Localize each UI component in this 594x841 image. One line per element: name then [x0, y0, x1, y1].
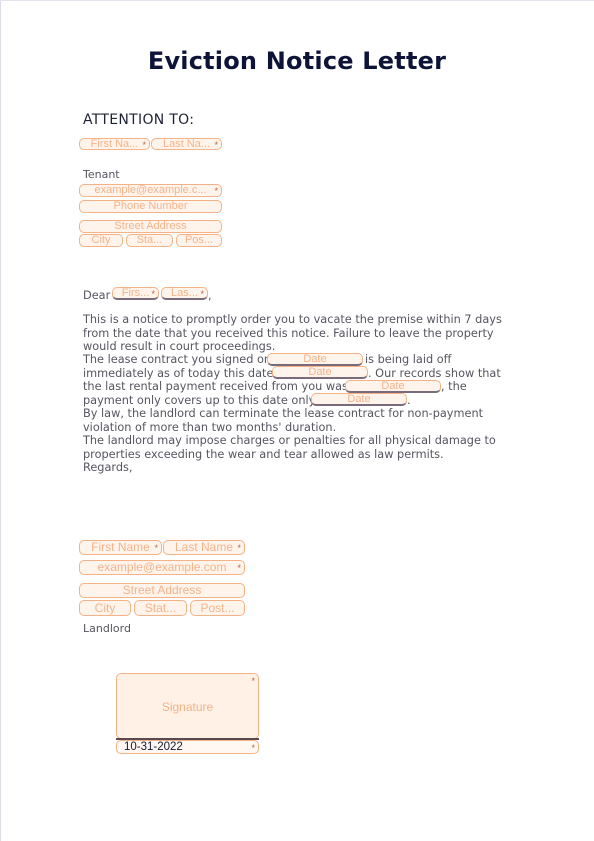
- placeholder: City: [95, 601, 116, 615]
- required-icon: *: [237, 562, 241, 575]
- tenant-city-field[interactable]: City: [79, 234, 123, 247]
- signature-date-field[interactable]: 10-31-2022 *: [116, 740, 259, 754]
- tenant-postal-field[interactable]: Pos...: [176, 234, 222, 247]
- placeholder: Street Address: [114, 221, 186, 232]
- signature-placeholder: Signature: [162, 700, 213, 714]
- covers-line-prefix: payment only covers up to this date only: [83, 394, 315, 407]
- tenant-first-name-field[interactable]: First Na... *: [79, 138, 150, 150]
- placeholder: Las...: [171, 288, 198, 299]
- tenant-phone-field[interactable]: Phone Number: [79, 200, 222, 213]
- salutation-text: Dear: [83, 289, 110, 302]
- damage-paragraph: The landlord may impose charges or penal…: [83, 434, 503, 461]
- covers-until-date-field[interactable]: Date: [311, 393, 407, 406]
- required-icon: *: [142, 140, 146, 150]
- placeholder: First Na...: [91, 139, 139, 150]
- required-icon: *: [200, 289, 204, 300]
- tenant-state-field[interactable]: Sta...: [126, 234, 173, 247]
- placeholder: Phone Number: [114, 201, 188, 212]
- landlord-postal-field[interactable]: Post...: [190, 600, 245, 616]
- landlord-label: Landlord: [83, 622, 131, 635]
- covers-line-suffix: .: [407, 394, 411, 407]
- last-payment-line-suffix: , the: [441, 380, 467, 393]
- placeholder: First Name: [91, 541, 150, 554]
- placeholder: Last Name: [175, 541, 233, 554]
- signed-line-suffix: is being laid off: [365, 353, 451, 366]
- today-date-field[interactable]: Date: [272, 366, 368, 379]
- placeholder: Firs...: [122, 288, 150, 299]
- today-line-suffix: . Our records show that: [368, 367, 501, 380]
- closing: Regards,: [83, 461, 132, 474]
- required-icon: *: [151, 289, 155, 300]
- landlord-first-name-field[interactable]: First Name *: [79, 540, 162, 555]
- attention-label: ATTENTION TO:: [83, 112, 194, 128]
- last-payment-line-prefix: the last rental payment received from yo…: [83, 380, 348, 393]
- page-edge: [0, 0, 1, 841]
- placeholder: Date: [303, 354, 326, 365]
- document-title: Eviction Notice Letter: [0, 47, 594, 75]
- placeholder: Street Address: [123, 584, 202, 597]
- placeholder: example@example.com: [98, 561, 227, 574]
- required-icon: *: [154, 542, 158, 555]
- placeholder: Sta...: [137, 235, 163, 246]
- placeholder: Last Na...: [163, 139, 210, 150]
- placeholder: Stat...: [145, 601, 176, 615]
- signed-line-prefix: The lease contract you signed on: [83, 353, 271, 366]
- tenant-label: Tenant: [83, 168, 120, 181]
- salutation-last-name-field[interactable]: Las... *: [161, 287, 208, 300]
- landlord-email-field[interactable]: example@example.com *: [79, 560, 245, 575]
- required-icon: *: [237, 542, 241, 555]
- today-line-prefix: immediately as of today this date: [83, 367, 273, 380]
- tenant-email-field[interactable]: example@example.c... *: [79, 184, 222, 197]
- salutation: Dear: [83, 289, 110, 302]
- required-icon: *: [251, 742, 255, 754]
- salutation-comma: ,: [208, 289, 212, 302]
- tenant-street-field[interactable]: Street Address: [79, 220, 222, 233]
- law-paragraph: By law, the landlord can terminate the l…: [83, 407, 503, 434]
- required-icon: *: [251, 676, 255, 686]
- tenant-last-name-field[interactable]: Last Na... *: [151, 138, 222, 150]
- landlord-state-field[interactable]: Stat...: [134, 600, 187, 616]
- placeholder: Date: [347, 394, 370, 405]
- landlord-last-name-field[interactable]: Last Name *: [163, 540, 245, 555]
- lease-signed-date-field[interactable]: Date: [267, 353, 363, 366]
- landlord-street-field[interactable]: Street Address: [79, 583, 245, 598]
- placeholder: City: [92, 235, 111, 246]
- required-icon: *: [214, 140, 218, 150]
- placeholder: Date: [381, 381, 404, 392]
- last-payment-date-field[interactable]: Date: [345, 380, 441, 393]
- placeholder: example@example.c...: [94, 185, 206, 196]
- landlord-city-field[interactable]: City: [79, 600, 131, 616]
- notice-paragraph: This is a notice to promptly order you t…: [83, 313, 503, 354]
- signature-date-value: 10-31-2022: [124, 741, 183, 753]
- page-edge-top: [0, 0, 594, 1]
- required-icon: *: [214, 186, 218, 197]
- salutation-first-name-field[interactable]: Firs... *: [112, 287, 159, 300]
- placeholder: Pos...: [185, 235, 213, 246]
- signature-field[interactable]: Signature *: [116, 673, 259, 739]
- placeholder: Post...: [200, 601, 234, 615]
- placeholder: Date: [308, 367, 331, 378]
